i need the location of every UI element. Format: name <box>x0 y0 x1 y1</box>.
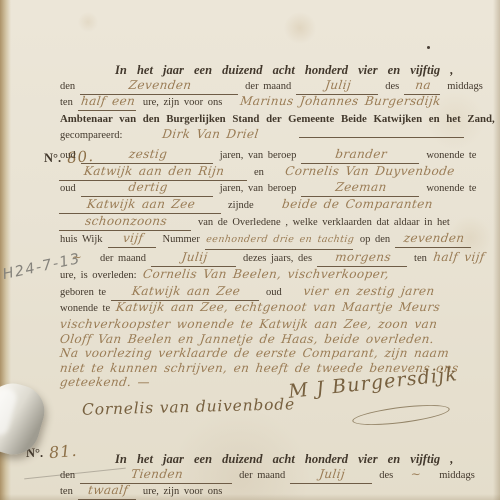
printed-text: oud <box>60 150 76 161</box>
handwritten-entry: ~ <box>398 467 434 482</box>
blank-rule <box>299 126 464 138</box>
handwritten-entry: ~ <box>59 250 95 265</box>
document-line: Katwijk aan den Rijn en Cornelis Van Duy… <box>60 164 498 181</box>
handwritten-entry: Julij <box>151 250 238 267</box>
printed-text: Nummer <box>163 234 200 245</box>
document-line: schoonzoons van de Overledene , welke ve… <box>60 214 498 231</box>
document-line: In het jaar een duizend acht honderd vie… <box>60 63 498 78</box>
document-line: Na voorlezing verklaarde de eerste Compa… <box>60 346 498 361</box>
document-line: oud dertig jaren, van beroep Zeeman wone… <box>60 180 498 197</box>
printed-text: ten <box>60 486 73 497</box>
handwritten-entry: Cornelis Van Beelen, vischverkooper, <box>142 267 390 282</box>
handwritten-entry: zevenden <box>395 231 473 248</box>
handwritten-entry: twaalf <box>78 483 138 500</box>
handwritten-entry: vier en zestig jaren <box>287 284 451 299</box>
document-line: Katwijk aan Zee zijnde beide de Comparan… <box>60 197 498 214</box>
handwritten-entry: na <box>404 78 442 95</box>
handwritten-entry: half vijf <box>432 250 486 265</box>
document-line: den Tienden der maand Julij des ~ middag… <box>60 467 498 484</box>
handwritten-entry: eenhonderd drie en tachtig <box>205 233 355 250</box>
printed-text: middags <box>439 470 475 481</box>
document-line: ure, is overleden: Cornelis Van Beelen, … <box>60 267 498 284</box>
printed-text: des <box>379 470 393 481</box>
handwritten-entry: Tienden <box>80 467 234 484</box>
document-line: geboren te Katwijk aan Zee oud vier en z… <box>60 284 498 301</box>
printed-text: jaren, van beroep <box>220 183 297 194</box>
handwritten-entry: Julij <box>290 467 374 484</box>
printed-text: des <box>385 81 399 92</box>
ink-speck <box>427 46 430 49</box>
handwritten-entry: Marinus Johannes Burgersdijk <box>227 94 454 109</box>
printed-text: gecompareerd: <box>60 130 122 141</box>
handwritten-entry: vischverkoopster wonende te Katwijk aan … <box>59 317 438 332</box>
printed-text: ten <box>60 97 73 108</box>
record-80-number-label: N°. <box>44 151 61 165</box>
printed-text: ten <box>414 253 427 264</box>
printed-text: op den <box>360 234 390 245</box>
handwritten-entry: zestig <box>81 147 215 164</box>
handwritten-entry: Katwijk aan Zee <box>59 197 223 214</box>
printed-text: oud <box>60 183 76 194</box>
printed-text: der maand <box>100 253 146 264</box>
handwritten-entry: vijf <box>107 231 157 248</box>
printed-text: wonende te <box>426 183 476 194</box>
record-80-text: In het jaar een duizend acht honderd vie… <box>60 63 498 390</box>
handwritten-entry: Katwijk aan den Rijn <box>59 164 249 181</box>
printed-text: der maand <box>239 470 285 481</box>
handwritten-entry: Zevenden <box>80 78 240 95</box>
handwritten-entry: Julij <box>296 78 380 95</box>
printed-text: In het jaar een duizend acht honderd vie… <box>115 63 453 77</box>
printed-text: oud <box>266 287 282 298</box>
scanned-death-register-page: N°.80. H24-7-13 In het jaar een duizend … <box>0 0 500 500</box>
printed-text: den <box>60 470 75 481</box>
printed-text: ure, zijn voor ons <box>143 97 223 108</box>
printed-text: huis Wijk <box>60 234 103 245</box>
signature-comparant: Cornelis van duivenbode <box>82 395 295 419</box>
printed-text: wonende te <box>60 303 110 314</box>
handwritten-entry: Cornelis Van Duyvenbode <box>269 164 471 179</box>
handwritten-entry: schoonzoons <box>59 214 193 231</box>
document-line: Oloff Van Beelen en Jannetje de Haas, be… <box>60 332 498 347</box>
record-81-text: In het jaar een duizend acht honderd vie… <box>60 452 498 500</box>
printed-text: ure, is overleden: <box>60 270 137 281</box>
printed-text: jaren, van beroep <box>220 150 297 161</box>
document-line: oud zestig jaren, van beroep brander won… <box>60 147 498 164</box>
printed-text: der maand <box>245 81 291 92</box>
handwritten-entry: half een <box>78 94 138 111</box>
handwritten-entry: Katwijk aan Zee, echtgenoot van Maartje … <box>115 300 441 315</box>
handwritten-entry: geteekend. — <box>59 375 151 390</box>
handwritten-entry: Oloff Van Beelen en Jannetje de Haas, be… <box>59 332 435 347</box>
handwritten-entry: Zeeman <box>301 180 421 197</box>
printed-text: en <box>254 167 264 178</box>
printed-text: den <box>60 81 75 92</box>
document-line: Ambtenaar van den Burgerlijken Stand der… <box>60 111 498 127</box>
printed-text: ure, zijn voor ons <box>143 486 223 497</box>
printed-text: dezes jaars, des <box>243 253 312 264</box>
document-line: ~ der maand Julij dezes jaars, des morge… <box>60 250 498 267</box>
printed-text: wonende te <box>426 150 476 161</box>
printed-text: zijnde <box>228 200 254 211</box>
handwritten-entry: dertig <box>81 180 215 197</box>
document-line: ten twaalf ure, zijn voor ons <box>60 483 498 500</box>
document-line: den Zevenden der maand Julij des na midd… <box>60 78 498 95</box>
handwritten-entry: brander <box>301 147 421 164</box>
handwritten-entry: beide de Comparanten <box>259 197 456 212</box>
printed-text: middags <box>447 81 483 92</box>
signature-flourish <box>351 401 450 429</box>
document-line: ten half een ure, zijn voor ons Marinus … <box>60 94 498 111</box>
handwritten-entry: Katwijk aan Zee <box>111 284 261 301</box>
document-line: vischverkoopster wonende te Katwijk aan … <box>60 317 498 332</box>
printed-text: In het jaar een duizend acht honderd vie… <box>115 452 453 466</box>
clip-highlight <box>0 386 19 438</box>
handwritten-entry: morgens <box>317 250 409 267</box>
printed-text: Ambtenaar van den Burgerlijken Stand der… <box>60 113 495 125</box>
document-line: huis Wijk vijf Nummer eenhonderd drie en… <box>60 231 498 250</box>
handwritten-entry: Dirk Van Driel <box>127 127 294 142</box>
printed-text: geboren te <box>60 287 106 298</box>
printed-text: van de Overledene , welke verklaarden da… <box>198 217 450 228</box>
document-line: wonende te Katwijk aan Zee, echtgenoot v… <box>60 300 498 317</box>
handwritten-entry: Na voorlezing verklaarde de eerste Compa… <box>59 346 450 361</box>
document-line: gecompareerd: Dirk Van Driel <box>60 126 498 144</box>
